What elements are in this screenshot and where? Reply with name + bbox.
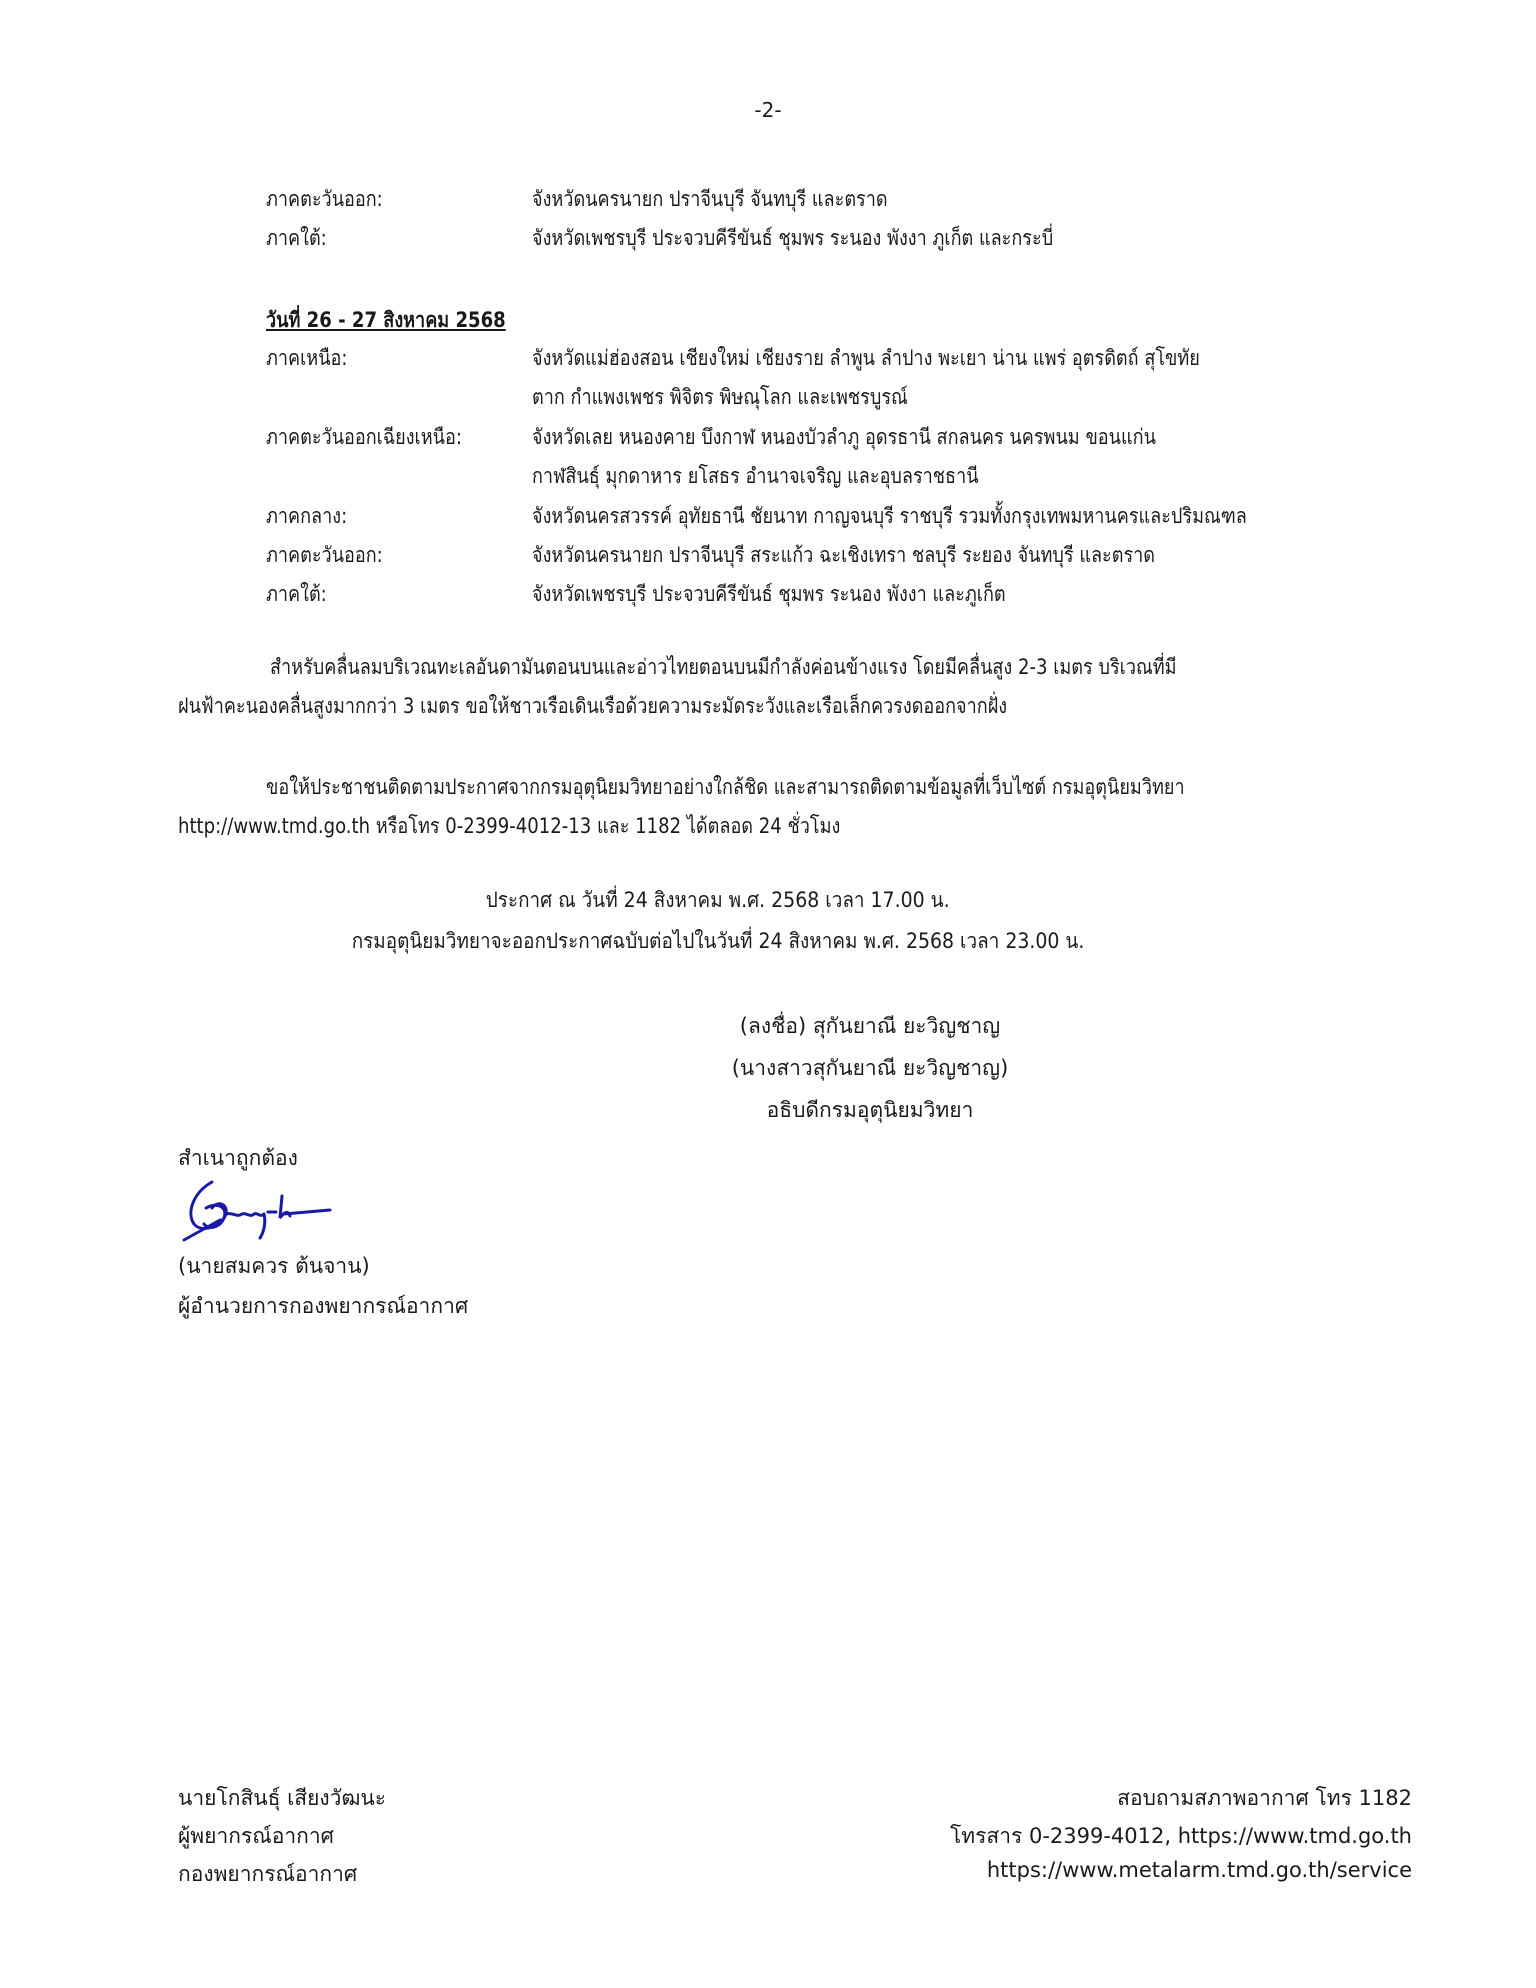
region-provinces: กาฬสินธุ์ มุกดาหาร ยโสธร อำนาจเจริญ และอ… [532,460,979,493]
region-label: ภาคตะวันออก: [266,539,383,572]
region-provinces: จังหวัดแม่ฮ่องสอน เชียงใหม่ เชียงราย ลำพ… [532,342,1200,375]
follow-paragraph-line: http://www.tmd.go.th หรือโทร 0-2399-4012… [178,810,840,843]
region-label: ภาคตะวันออก: [266,183,383,216]
contact-metalarm-link[interactable]: https://www.metalarm.tmd.go.th/service [987,1858,1412,1882]
handwritten-signature-icon [180,1178,340,1248]
announcement-next: กรมอุตุนิยมวิทยาจะออกประกาศฉบับต่อไปในวั… [0,925,1486,958]
certified-copy-position: ผู้อำนวยการกองพยากรณ์อากาศ [178,1290,468,1323]
forecaster-title: ผู้พยากรณ์อากาศ [178,1820,334,1853]
region-label: ภาคตะวันออกเฉียงเหนือ: [266,421,462,454]
region-provinces: จังหวัดนครสวรรค์ อุทัยธานี ชัยนาท กาญจนบ… [532,500,1247,533]
region-provinces: จังหวัดนครนายก ปราจีนบุรี จันทบุรี และตร… [532,183,888,216]
region-label: ภาคใต้: [266,222,327,255]
region-provinces: จังหวัดเลย หนองคาย บึงกาฬ หนองบัวลำภู อุ… [532,421,1156,454]
forecaster-name: นายโกสินธุ์ เสียงวัฒนะ [178,1782,386,1815]
section-heading: วันที่ 26 - 27 สิงหาคม 2568 [266,304,506,337]
signatory-full-name: (นางสาวสุกันยาณี ยะวิญชาญ) [700,1052,1040,1085]
announcement-issued: ประกาศ ณ วันที่ 24 สิงหาคม พ.ศ. 2568 เวล… [0,884,1486,917]
region-provinces: จังหวัดเพชรบุรี ประจวบคีรีขันธ์ ชุมพร ระ… [532,222,1053,255]
region-provinces: จังหวัดนครนายก ปราจีนบุรี สระแก้ว ฉะเชิง… [532,539,1155,572]
region-label: ภาคเหนือ: [266,342,347,375]
region-provinces: ตาก กำแพงเพชร พิจิตร พิษณุโลก และเพชรบูร… [532,381,908,414]
certified-copy-name: (นายสมควร ต้นจาน) [178,1250,370,1283]
follow-paragraph-line: ขอให้ประชาชนติดตามประกาศจากกรมอุตุนิยมวิ… [266,771,1185,804]
region-label: ภาคกลาง: [266,500,347,533]
certified-copy-label: สำเนาถูกต้อง [178,1142,298,1175]
contact-hotline: สอบถามสภาพอากาศ โทร 1182 [1117,1782,1412,1815]
contact-fax-website: โทรสาร 0-2399-4012, https://www.tmd.go.t… [950,1820,1412,1853]
wave-paragraph-line: ฝนฟ้าคะนองคลื่นสูงมากกว่า 3 เมตร ขอให้ชา… [178,690,1007,723]
region-label: ภาคใต้: [266,578,327,611]
signatory-position: อธิบดีกรมอุตุนิยมวิทยา [700,1094,1040,1127]
wave-paragraph-line: สำหรับคลื่นลมบริเวณทะเลอันดามันตอนบนและอ… [270,651,1177,684]
region-provinces: จังหวัดเพชรบุรี ประจวบคีรีขันธ์ ชุมพร ระ… [532,578,1006,611]
signatory-signed: (ลงชื่อ) สุกันยาณี ยะวิญชาญ [700,1010,1040,1043]
page-number: -2- [0,98,1536,122]
forecaster-division: กองพยากรณ์อากาศ [178,1858,357,1891]
